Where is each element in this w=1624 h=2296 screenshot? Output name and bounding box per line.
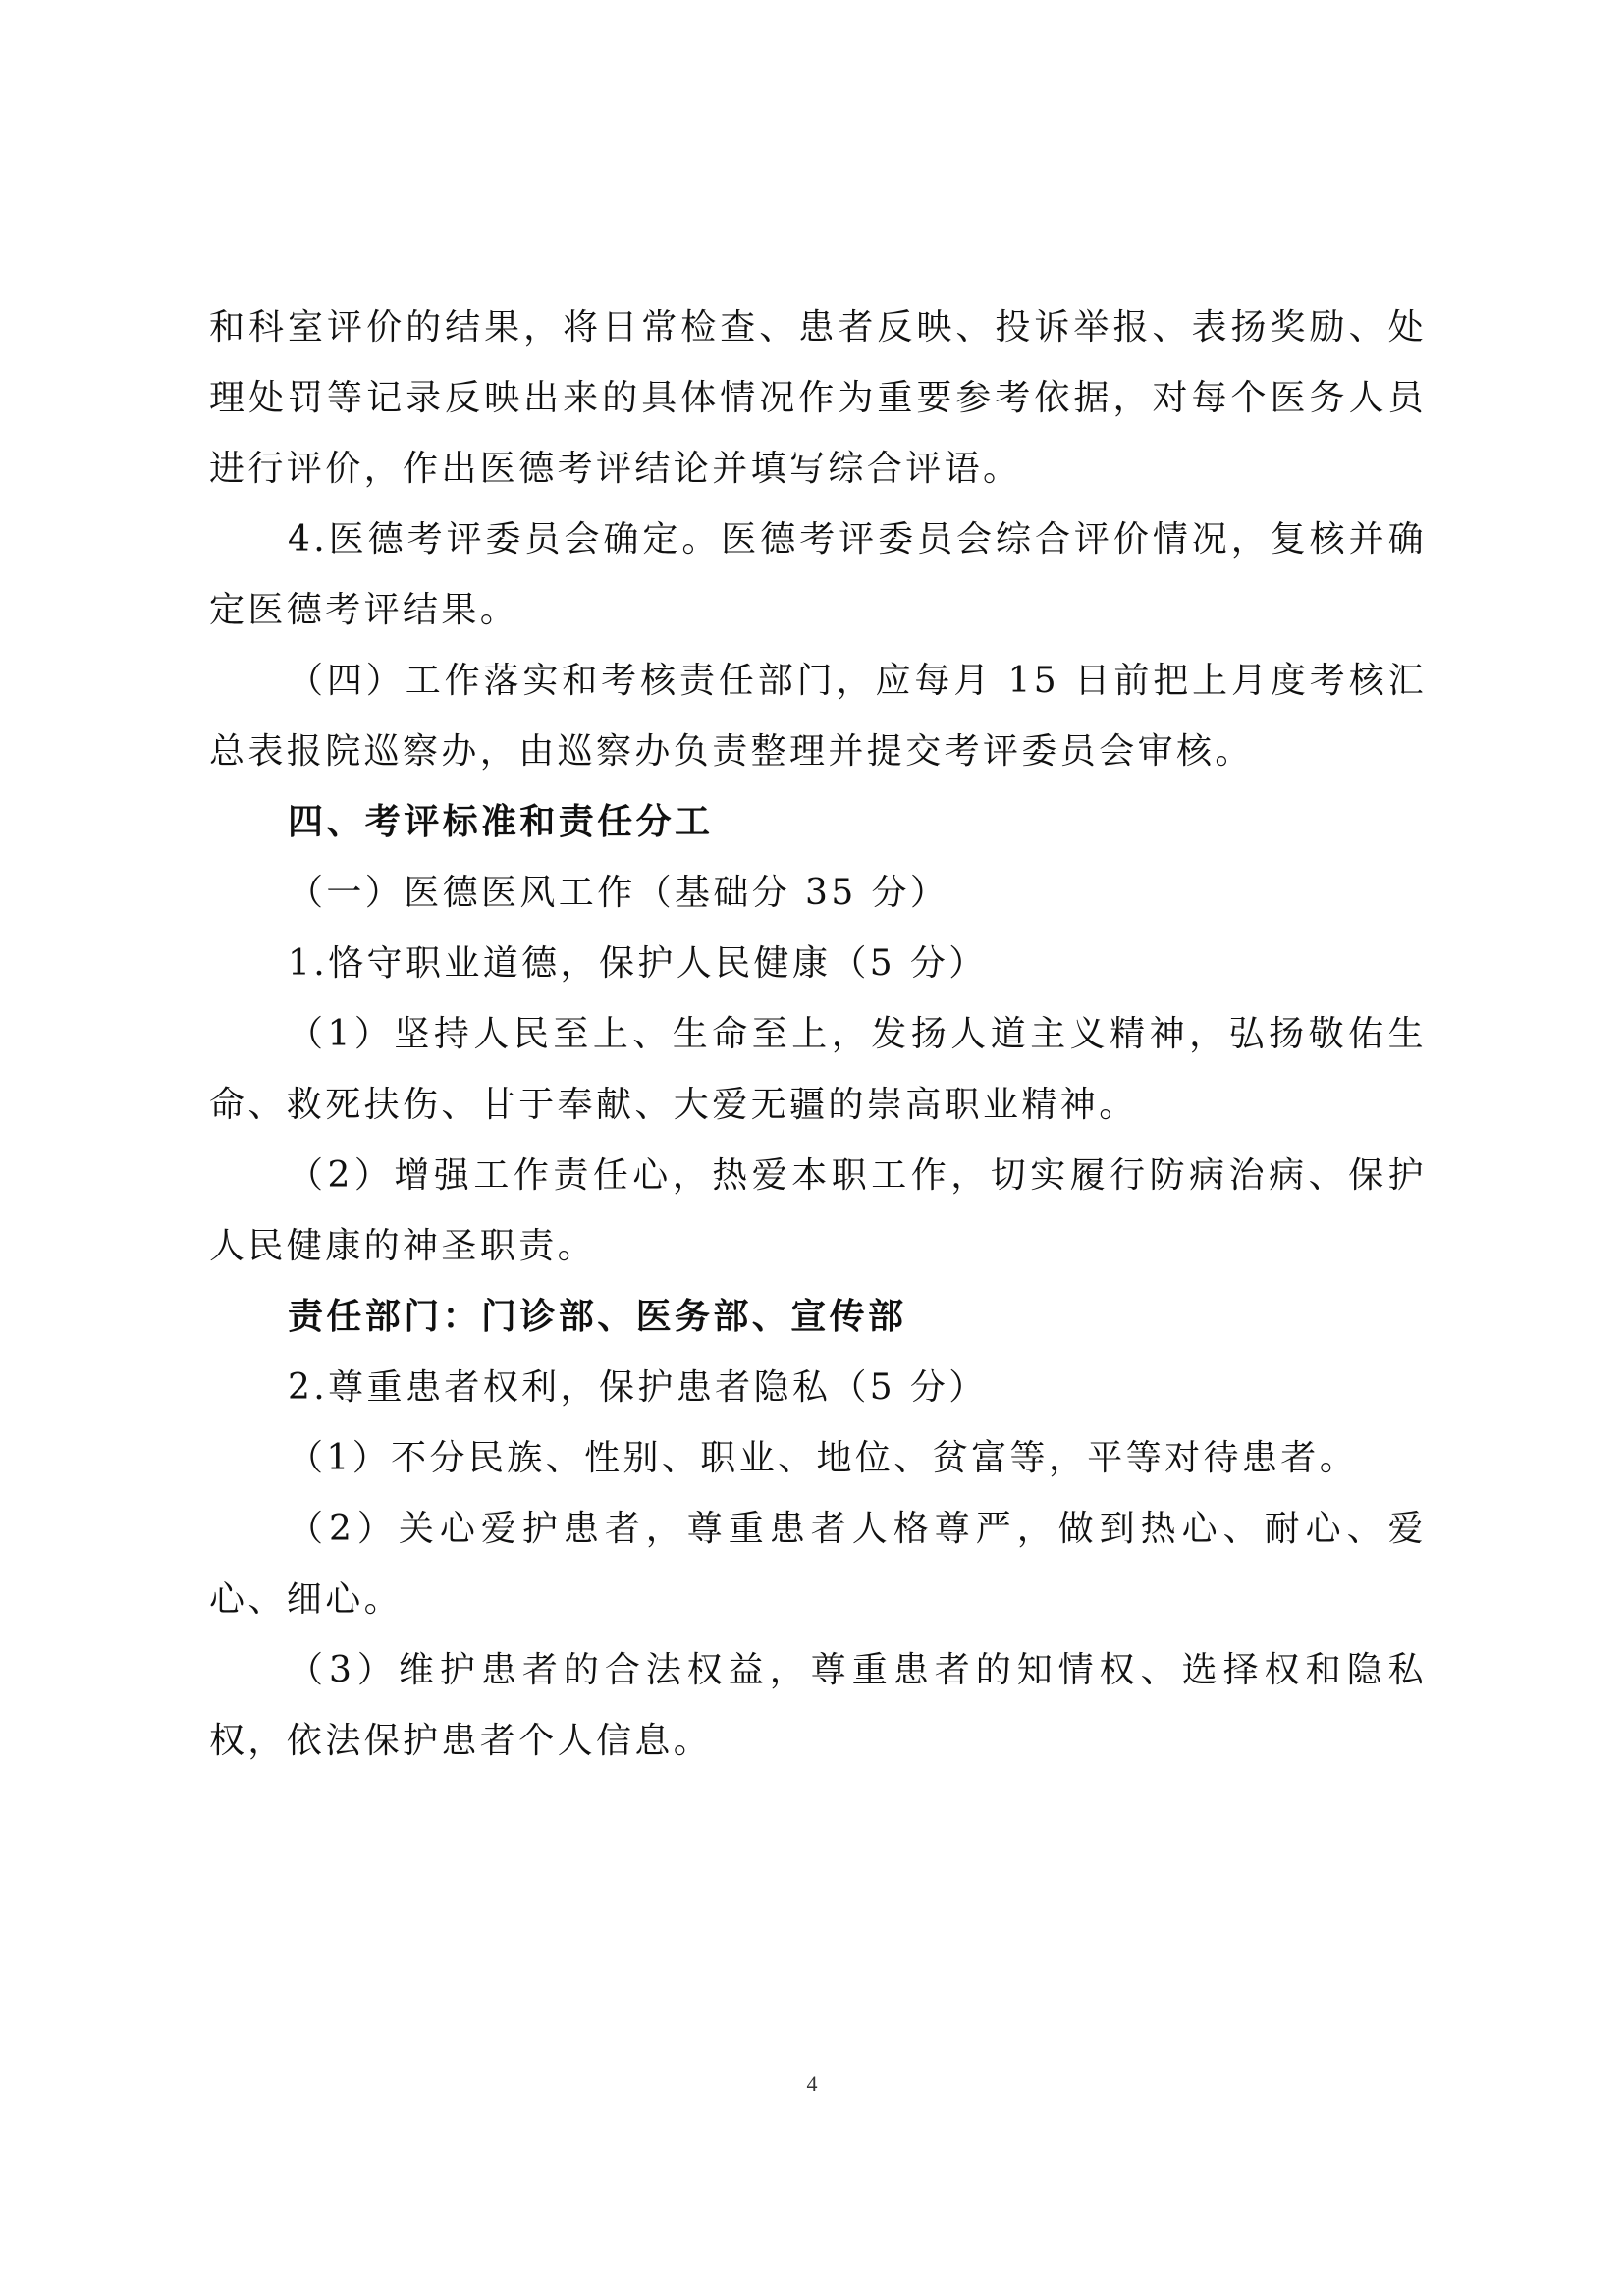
item-2-point-3: （3）维护患者的合法权益，尊重患者的知情权、选择权和隐私权，依法保护患者个人信息… <box>209 1635 1427 1777</box>
responsible-departments: 责任部门：门诊部、医务部、宣传部 <box>209 1282 1427 1353</box>
item-heading-2: 2.尊重患者权利，保护患者隐私（5 分） <box>209 1353 1427 1423</box>
item-2-point-2: （2）关心爱护患者，尊重患者人格尊严，做到热心、耐心、爱心、细心。 <box>209 1494 1427 1635</box>
page-number: 4 <box>0 2071 1624 2097</box>
subheading-medical-ethics: （一）医德医风工作（基础分 35 分） <box>209 858 1427 929</box>
paragraph-evaluation-basis: 和科室评价的结果，将日常检查、患者反映、投诉举报、表扬奖励、处理处罚等记录反映出… <box>209 293 1427 505</box>
section-heading-standards: 四、考评标准和责任分工 <box>209 787 1427 858</box>
item-1-point-1: （1）坚持人民至上、生命至上，发扬人道主义精神，弘扬敬佑生命、救死扶伤、甘于奉献… <box>209 999 1427 1141</box>
item-1-point-2: （2）增强工作责任心，热爱本职工作，切实履行防病治病、保护人民健康的神圣职责。 <box>209 1141 1427 1282</box>
item-heading-1: 1.恪守职业道德，保护人民健康（5 分） <box>209 929 1427 999</box>
item-2-point-1: （1）不分民族、性别、职业、地位、贫富等，平等对待患者。 <box>209 1423 1427 1494</box>
document-body: 和科室评价的结果，将日常检查、患者反映、投诉举报、表扬奖励、处理处罚等记录反映出… <box>209 293 1427 1777</box>
paragraph-committee-confirm: 4.医德考评委员会确定。医德考评委员会综合评价情况，复核并确定医德考评结果。 <box>209 505 1427 646</box>
paragraph-responsible-dept-deadline: （四）工作落实和考核责任部门，应每月 15 日前把上月度考核汇总表报院巡察办，由… <box>209 646 1427 787</box>
